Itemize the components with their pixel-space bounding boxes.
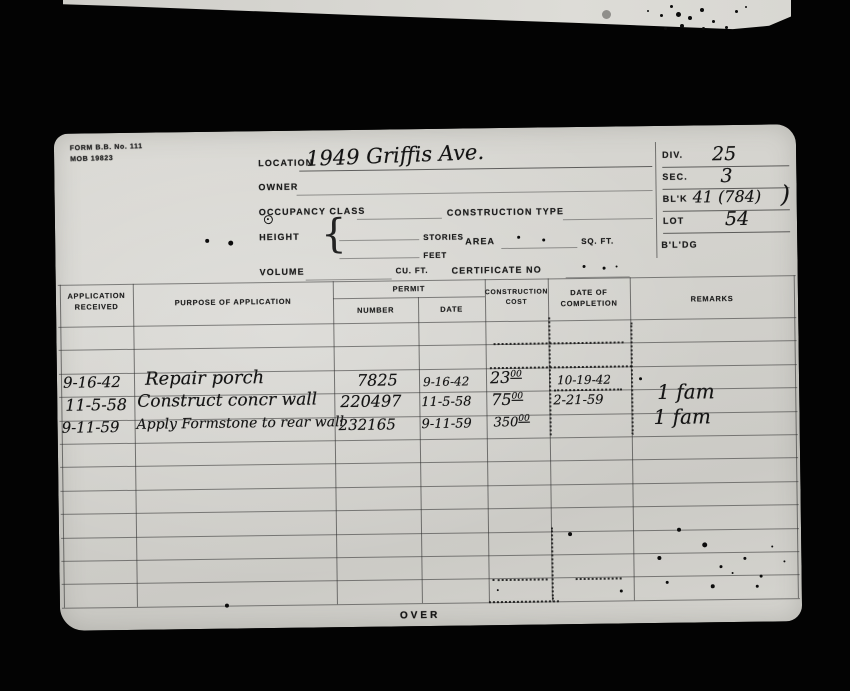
occupancy-class-label: OCCUPANCY CLASS <box>259 206 366 217</box>
table-row-line <box>60 458 798 469</box>
ink-speck <box>225 604 229 608</box>
stitch-mark-horizontal <box>493 578 548 581</box>
col-header-number: NUMBER <box>333 304 418 316</box>
form-number-stamp: FORM B.B. No. 111 MOB 19823 <box>70 142 143 165</box>
div-value: 25 <box>712 145 736 164</box>
stitch-mark-horizontal <box>490 365 632 369</box>
stitch-mark-horizontal <box>576 577 622 580</box>
area-label: AREA <box>465 236 495 246</box>
blk-flourish: ) <box>780 182 790 206</box>
col-header-date: DATE <box>418 303 485 315</box>
blk-value: 41 (784) <box>693 189 762 206</box>
table-row-line <box>60 481 798 492</box>
ink-speck <box>670 5 673 8</box>
ink-speck <box>228 241 233 246</box>
ink-speck <box>603 267 606 270</box>
col-header-construction-cost: CONSTRUCTION COST <box>485 287 548 308</box>
table-row-line <box>62 575 800 586</box>
ink-speck <box>616 266 618 268</box>
ink-speck <box>771 545 773 547</box>
table-row-line <box>61 551 799 562</box>
ink-speck <box>517 236 520 239</box>
table-row: 9-11-59 Apply Formstone to rear wall 232… <box>54 124 796 134</box>
ink-speck <box>745 6 747 8</box>
parcel-box: DIV. 25 SEC. 3 BL'K 41 (784) ) LOT 54 B'… <box>54 124 796 134</box>
div-label: DIV. <box>662 150 683 160</box>
col-header-date-of-completion: DATE OF COMPLETION <box>548 286 630 310</box>
feet-label: FEET <box>423 251 447 260</box>
table-row-line <box>59 341 797 352</box>
construction-type-underline <box>563 218 653 220</box>
table-column-line <box>418 297 423 603</box>
ink-speck <box>712 20 715 23</box>
cell-cost: 7500 <box>491 392 523 408</box>
table-row-line <box>61 504 799 515</box>
stories-underline <box>339 239 419 241</box>
form-number-line1: FORM B.B. No. 111 <box>70 142 143 155</box>
cell-received: 9-11-59 <box>62 420 120 436</box>
cell-completion: 10-19-42 <box>557 374 611 387</box>
feet-underline <box>339 257 419 259</box>
stories-label: STORIES <box>423 233 464 243</box>
owner-underline <box>297 190 653 196</box>
ink-speck <box>756 585 759 588</box>
stitch-mark-vertical <box>548 317 552 435</box>
ink-speck <box>735 10 738 13</box>
permit-record-card: FORM B.B. No. 111 MOB 19823 LOCATION 194… <box>54 124 802 631</box>
cell-permit-number: 220497 <box>340 393 401 410</box>
occupancy-underline <box>357 218 442 220</box>
table-column-line <box>794 275 799 598</box>
cuft-label: CU. FT. <box>396 266 429 275</box>
ink-speck <box>732 572 734 574</box>
parcel-box-border <box>655 142 658 258</box>
table-column-line <box>60 285 65 608</box>
cell-remarks: 1 fam <box>657 381 715 402</box>
stitch-mark-horizontal <box>489 600 559 603</box>
ring-mark <box>264 215 273 224</box>
form-number-line2: MOB 19823 <box>70 153 143 166</box>
ink-speck <box>677 528 681 532</box>
ink-speck <box>666 581 669 584</box>
permit-header-underline <box>333 296 485 299</box>
ink-speck <box>700 8 704 12</box>
cell-permit-date: 11-5-58 <box>421 395 471 409</box>
ink-speck <box>711 584 715 588</box>
col-header-permit: PERMIT <box>333 282 485 295</box>
lot-value: 54 <box>725 210 749 229</box>
stitch-mark-vertical <box>630 322 633 434</box>
location-label: LOCATION <box>258 157 313 168</box>
ink-speck <box>760 575 763 578</box>
cell-permit-number: 232165 <box>339 417 396 433</box>
table-row-line <box>61 528 799 539</box>
ink-speck <box>783 560 785 562</box>
ink-speck <box>688 16 692 20</box>
table-header-bottom-line <box>58 317 796 328</box>
blk-label: BL'K <box>663 194 688 204</box>
ink-speck <box>205 239 209 243</box>
cell-completion: 2-21-59 <box>553 394 603 408</box>
ink-speck <box>647 10 649 12</box>
ink-speck <box>660 14 663 17</box>
ink-speck <box>676 12 681 17</box>
table-row-line <box>62 598 800 609</box>
col-header-application-received: APPLICATION RECEIVED <box>60 290 133 313</box>
area-underline <box>501 247 577 249</box>
bldg-label: B'L'DG <box>661 239 698 249</box>
stitch-mark-vertical <box>551 527 554 599</box>
ink-speck <box>497 589 499 591</box>
table-row: 11-5-58 Construct concr wall 220497 11-5… <box>54 124 796 134</box>
sec-value: 3 <box>720 167 732 186</box>
sqft-label: SQ. FT. <box>581 237 614 246</box>
table-column-line <box>485 279 490 602</box>
ink-speck <box>583 265 586 268</box>
table-column-line <box>133 284 138 607</box>
certificate-label: CERTIFICATE NO <box>452 265 542 276</box>
table-row-line <box>60 434 798 445</box>
table-column-line <box>333 281 338 604</box>
location-value: 1949 Griffis Ave. <box>306 142 485 170</box>
ink-speck <box>743 557 746 560</box>
height-label: HEIGHT <box>259 232 300 243</box>
cell-permit-number: 7825 <box>357 372 398 389</box>
sec-label: SEC. <box>662 172 688 182</box>
construction-type-label: CONSTRUCTION TYPE <box>447 206 564 218</box>
height-brace: { <box>321 214 347 254</box>
lot-underline <box>663 231 790 234</box>
ink-speck <box>620 589 623 592</box>
ink-speck <box>657 556 661 560</box>
cell-received: 11-5-58 <box>65 397 127 414</box>
cell-cost: 35000 <box>493 415 529 430</box>
ink-speck <box>719 565 722 568</box>
cell-remarks: 1 fam <box>653 406 711 427</box>
col-header-purpose: PURPOSE OF APPLICATION <box>133 295 333 309</box>
ink-speck <box>568 532 572 536</box>
ink-speck <box>542 238 545 241</box>
ink-speck <box>664 27 667 30</box>
owner-label: OWNER <box>258 182 298 193</box>
cell-received: 9-16-42 <box>63 375 121 391</box>
ink-speck <box>639 377 642 380</box>
cell-cost: 2300 <box>490 370 522 386</box>
volume-label: VOLUME <box>260 267 305 278</box>
ink-speck <box>702 542 707 547</box>
cell-permit-date: 9-11-59 <box>422 417 472 431</box>
over-label: OVER <box>360 609 480 622</box>
ink-speck <box>702 27 705 30</box>
ink-speck <box>680 24 684 28</box>
cell-permit-date: 9-16-42 <box>423 375 469 388</box>
table-row: 9-16-42 Repair porch 7825 9-16-42 2300 1… <box>54 124 796 134</box>
gray-speck <box>602 10 611 19</box>
ink-speck <box>725 26 728 29</box>
col-header-remarks: REMARKS <box>630 292 794 305</box>
lot-label: LOT <box>663 216 684 226</box>
